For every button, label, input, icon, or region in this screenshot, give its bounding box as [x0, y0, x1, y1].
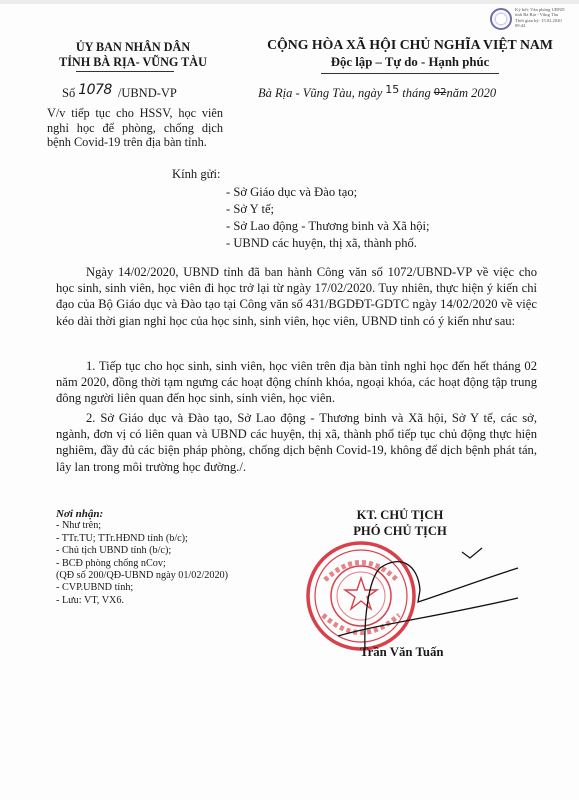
signature-block: KT. CHỦ TỊCH PHÓ CHỦ TỊCH	[330, 507, 470, 539]
issuing-organization: ỦY BAN NHÂN DÂN TỈNH BÀ RỊA- VŨNG TÀU	[48, 40, 218, 70]
distribution-item: (QĐ số 200/QĐ-UBND ngày 01/02/2020)	[56, 570, 228, 582]
recipient-item: - Sở Giáo dục và Đào tạo;	[226, 184, 430, 201]
signer-name: Trần Văn Tuấn	[360, 645, 443, 660]
body-point-1-text: 1. Tiếp tục cho học sinh, sinh viên, học…	[56, 359, 537, 405]
signature-title-2: PHÓ CHỦ TỊCH	[330, 523, 470, 539]
recipients-label: Kính gửi:	[172, 167, 220, 182]
doc-number-handwritten: 1078	[78, 82, 112, 98]
doc-number-prefix: Số	[62, 86, 75, 100]
recipient-item: - Sở Lao động - Thương binh và Xã hội;	[226, 218, 430, 235]
document-subject: V/v tiếp tục cho HSSV, học viên nghỉ học…	[47, 106, 223, 150]
date-year: năm 2020	[447, 86, 497, 100]
recipient-item: - Sở Y tế;	[226, 201, 430, 218]
date-day: 15	[385, 83, 399, 96]
doc-number-suffix: /UBND-VP	[118, 86, 177, 100]
distribution-item: - Như trên;	[56, 520, 228, 532]
org-line-2: TỈNH BÀ RỊA- VŨNG TÀU	[48, 55, 218, 70]
document-number: Số1078/UBND-VP	[62, 85, 177, 101]
dsig-line: tỉnh Bà Rịa - Vũng Tàu	[515, 12, 565, 17]
distribution-title: Nơi nhận:	[56, 508, 228, 520]
signature-title-1: KT. CHỦ TỊCH	[330, 507, 470, 523]
distribution-item: - Lưu: VT, VX6.	[56, 595, 228, 607]
digital-signature-stamp: Ký bởi: Văn phòng UBND tỉnh Bà Rịa - Vũn…	[490, 7, 578, 37]
distribution-item: - TTr.TU; TTr.HĐND tỉnh (b/c);	[56, 533, 228, 545]
date-prefix: Bà Rịa - Vũng Tàu, ngày	[258, 86, 382, 100]
distribution-item: - Chủ tịch UBND tỉnh (b/c);	[56, 545, 228, 557]
body-intro: Ngày 14/02/2020, UBND tỉnh đã ban hành C…	[56, 264, 537, 329]
date-month-label: tháng	[402, 86, 430, 100]
motto-underline	[321, 73, 499, 74]
body-intro-text: Ngày 14/02/2020, UBND tỉnh đã ban hành C…	[56, 265, 537, 328]
body-point-1: 1. Tiếp tục cho học sinh, sinh viên, học…	[56, 358, 537, 407]
body-point-2-text: 2. Sở Giáo dục và Đào tạo, Sở Lao động -…	[56, 411, 537, 474]
recipients-list: - Sở Giáo dục và Đào tạo; - Sở Y tế; - S…	[226, 184, 430, 252]
document-date: Bà Rịa - Vũng Tàu, ngày15tháng02năm 2020	[258, 86, 496, 101]
body-point-2: 2. Sở Giáo dục và Đào tạo, Sở Lao động -…	[56, 410, 537, 475]
org-underline	[76, 71, 174, 72]
distribution-list: Nơi nhận: - Như trên; - TTr.TU; TTr.HĐND…	[56, 508, 228, 607]
seal-icon	[490, 8, 512, 30]
national-motto: Độc lập – Tự do - Hạnh phúc	[255, 55, 565, 70]
national-title: CỘNG HÒA XÃ HỘI CHỦ NGHĨA VIỆT NAM	[255, 37, 565, 53]
distribution-item: - CVP.UBND tỉnh;	[56, 582, 228, 594]
digital-signature-text: Ký bởi: Văn phòng UBND tỉnh Bà Rịa - Vũn…	[515, 7, 565, 28]
distribution-item: - BCĐ phòng chống nCov;	[56, 558, 228, 570]
top-edge	[0, 0, 579, 4]
date-month: 02	[434, 87, 447, 98]
org-line-1: ỦY BAN NHÂN DÂN	[48, 40, 218, 55]
dsig-line: 09:42	[515, 23, 565, 28]
handwritten-signature	[320, 540, 520, 650]
recipient-item: - UBND các huyện, thị xã, thành phố.	[226, 235, 430, 252]
